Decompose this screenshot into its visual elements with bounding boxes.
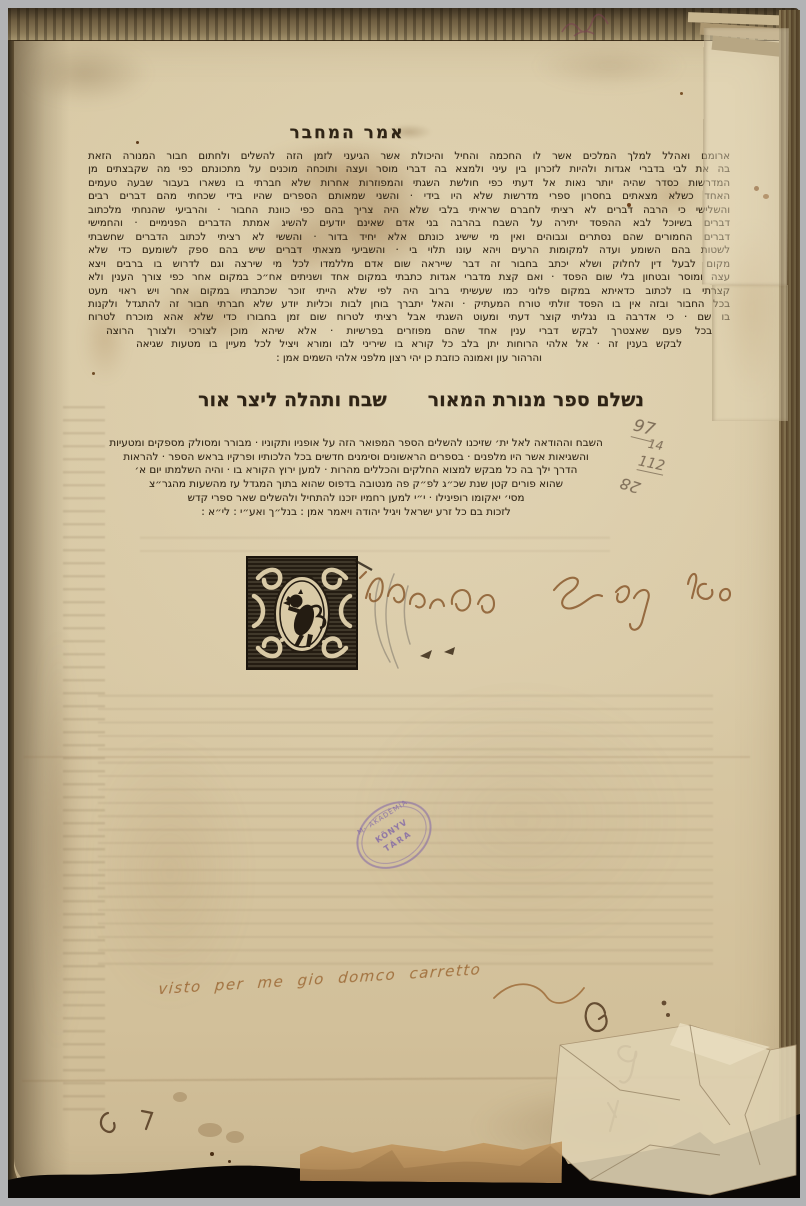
- paragraph-line: מקום לבעל דין לחלוק ושלא יכתב בחבור זה ד…: [88, 258, 730, 271]
- paper-crease: [24, 756, 750, 758]
- paragraph-line: והרהור עון ואמונה כוזבת כן יהי רצון מלפנ…: [88, 352, 730, 365]
- fox-spot: [92, 372, 95, 375]
- paragraph-line: והשלישי כי הרבה דברים לא רציתי לחברם שרא…: [88, 204, 730, 217]
- fox-spot: [680, 92, 683, 95]
- paragraph-line: בו שם · כי אדרבה בו נגליתי קוצר דעתי ומע…: [88, 311, 730, 324]
- book-top-edge: [8, 8, 799, 41]
- colophon-line: שהוא פורים קטן שנת שכ״ג לפ״ק פה מנטובה ב…: [96, 478, 616, 492]
- repaired-corner: [530, 1005, 806, 1205]
- paragraph-line: בכל החבור ובזה אין בו הפסד זולתי טורח המ…: [88, 298, 730, 311]
- scanned-book-page: אמר המחבר ארומם ואהלל למלך המלכים אשר לו…: [0, 0, 806, 1206]
- show-through-text-lines: [140, 528, 610, 558]
- colophon-line: מסי׳ יאקומו רופינילו · י״י למען רחמיו יז…: [96, 492, 616, 506]
- margin-number: 14: [647, 437, 664, 453]
- owner-ink-inscription: [358, 556, 753, 618]
- paragraph-line: קצרתי בו לכתוב כדאיתא במקום פלוני כמו שע…: [88, 285, 730, 298]
- paragraph-line: בכל פעם שאצטרך לבקש דברי ענין אחד שהם מפ…: [88, 325, 730, 338]
- section-heading-author-statement: אמר המחבר: [252, 123, 442, 143]
- colophon-line: לזכות בם כל זרע ישראל ויגיל יהודה ויאמר …: [96, 506, 616, 520]
- colophon-line: והשגיאות אשר היו מלפנים · בספרים הראשוני…: [96, 451, 616, 465]
- completion-line-right: נשלם ספר מנורת המאור: [428, 389, 644, 411]
- paragraph-line: דברים החמורים שהם נסתרים וגבוהים ואין מי…: [88, 231, 730, 244]
- paragraph-line: לשטות בהם השומע ועדה למקומות הרעים ויהא …: [88, 244, 730, 257]
- paragraph-line: המדרשות כסדר שהיה יותר נאות אל דעתי כפי …: [88, 177, 730, 190]
- paragraph-line: האחד כשלא מצאתים בחסרון ספרי מדרשות שלא …: [88, 190, 730, 203]
- author-epilogue-paragraph: ארומם ואהלל למלך המלכים אשר לו החכמה והח…: [88, 150, 730, 365]
- completion-line: נשלם ספר מנורת המאור שבח ותהלה ליצר אור: [198, 389, 644, 411]
- completion-line-left: שבח ותהלה ליצר אור: [198, 389, 387, 411]
- colophon-line: הדרך ילך בה כל מבקש למצוא החלקים והכללים…: [96, 464, 616, 478]
- red-ink-scribble: [560, 12, 620, 40]
- repair-patch: [702, 28, 789, 286]
- paragraph-line: עצה ומוסר ובטחון בלי שום הפסד · ואם קצת …: [88, 271, 730, 284]
- printer-colophon: השבח וההודאה לאל ית׳ שזיכנו להשלים הספר …: [96, 437, 616, 519]
- colophon-line: השבח וההודאה לאל ית׳ שזיכנו להשלים הספר …: [96, 437, 616, 451]
- fox-spot: [136, 141, 139, 144]
- repair-patch: [712, 285, 788, 421]
- paragraph-line: לבקש בענין זה · אל אלהי הרוחות יתן בלב כ…: [88, 338, 730, 351]
- paragraph-line: דברים בשיוכל לבא ההפסד יתירה על השבח בהר…: [88, 217, 730, 230]
- paragraph-line: בה את לבי בדברי אגדות ולהיות לזכרון בין …: [88, 163, 730, 176]
- printer-device-lion-mark-icon: [246, 556, 358, 670]
- paragraph-line: ארומם ואהלל למלך המלכים אשר לו החכמה והח…: [88, 150, 730, 163]
